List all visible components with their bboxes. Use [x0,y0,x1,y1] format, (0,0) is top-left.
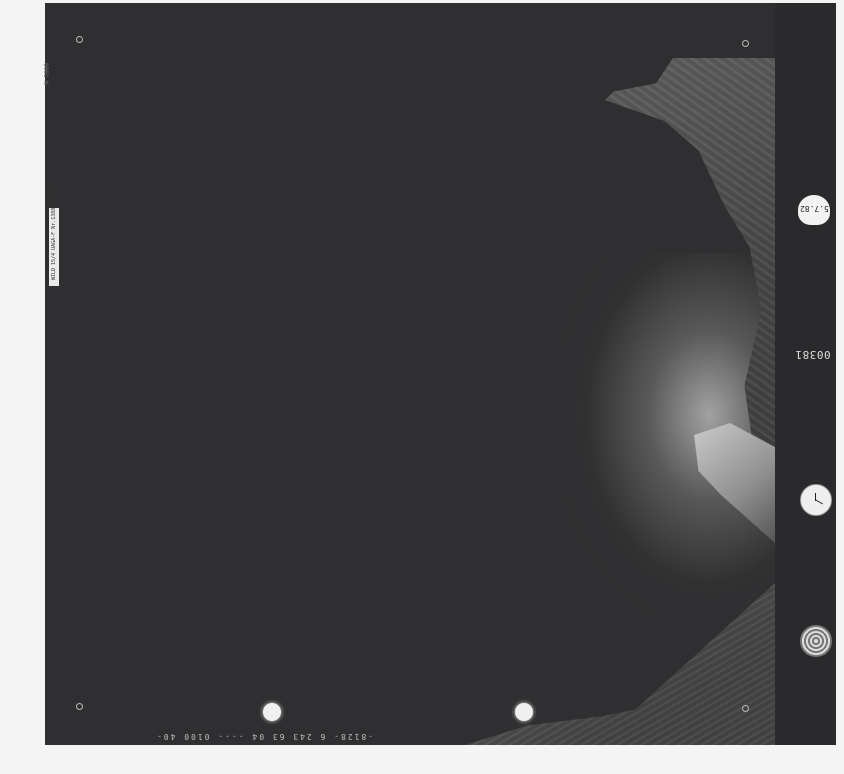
camera-label: WILD 15/4 UAGA-F Nr.1388 15.02 [49,208,59,286]
fiducial-light-dot [515,703,533,721]
fiducial-mark-bottom-left [76,703,83,710]
date-text: 15.7.82 [800,204,834,213]
fiducial-mark-top-right [742,40,749,47]
fiducial-mark-bottom-right [742,705,749,712]
frame-code-text: 0001 N [42,63,49,85]
camera-label-text: WILD 15/4 UAGA-F Nr.1388 15.02 [51,210,57,280]
date-disc: 15.7.82 [798,195,830,225]
fiducial-light-dot [263,703,281,721]
fiducial-mark-top-left [76,36,83,43]
film-frame: 0001 N WILD 15/4 UAGA-F Nr.1388 15.02 15… [45,3,836,745]
aerial-photo [45,3,775,745]
frame-counter: 00381 [795,348,831,361]
clock-icon [800,484,832,516]
bottom-data-strip: -8128- 6 243 63 04 ---- 0100 40- [155,732,373,741]
bubble-level-icon [800,625,832,657]
frame-code: 0001 N [42,63,49,85]
